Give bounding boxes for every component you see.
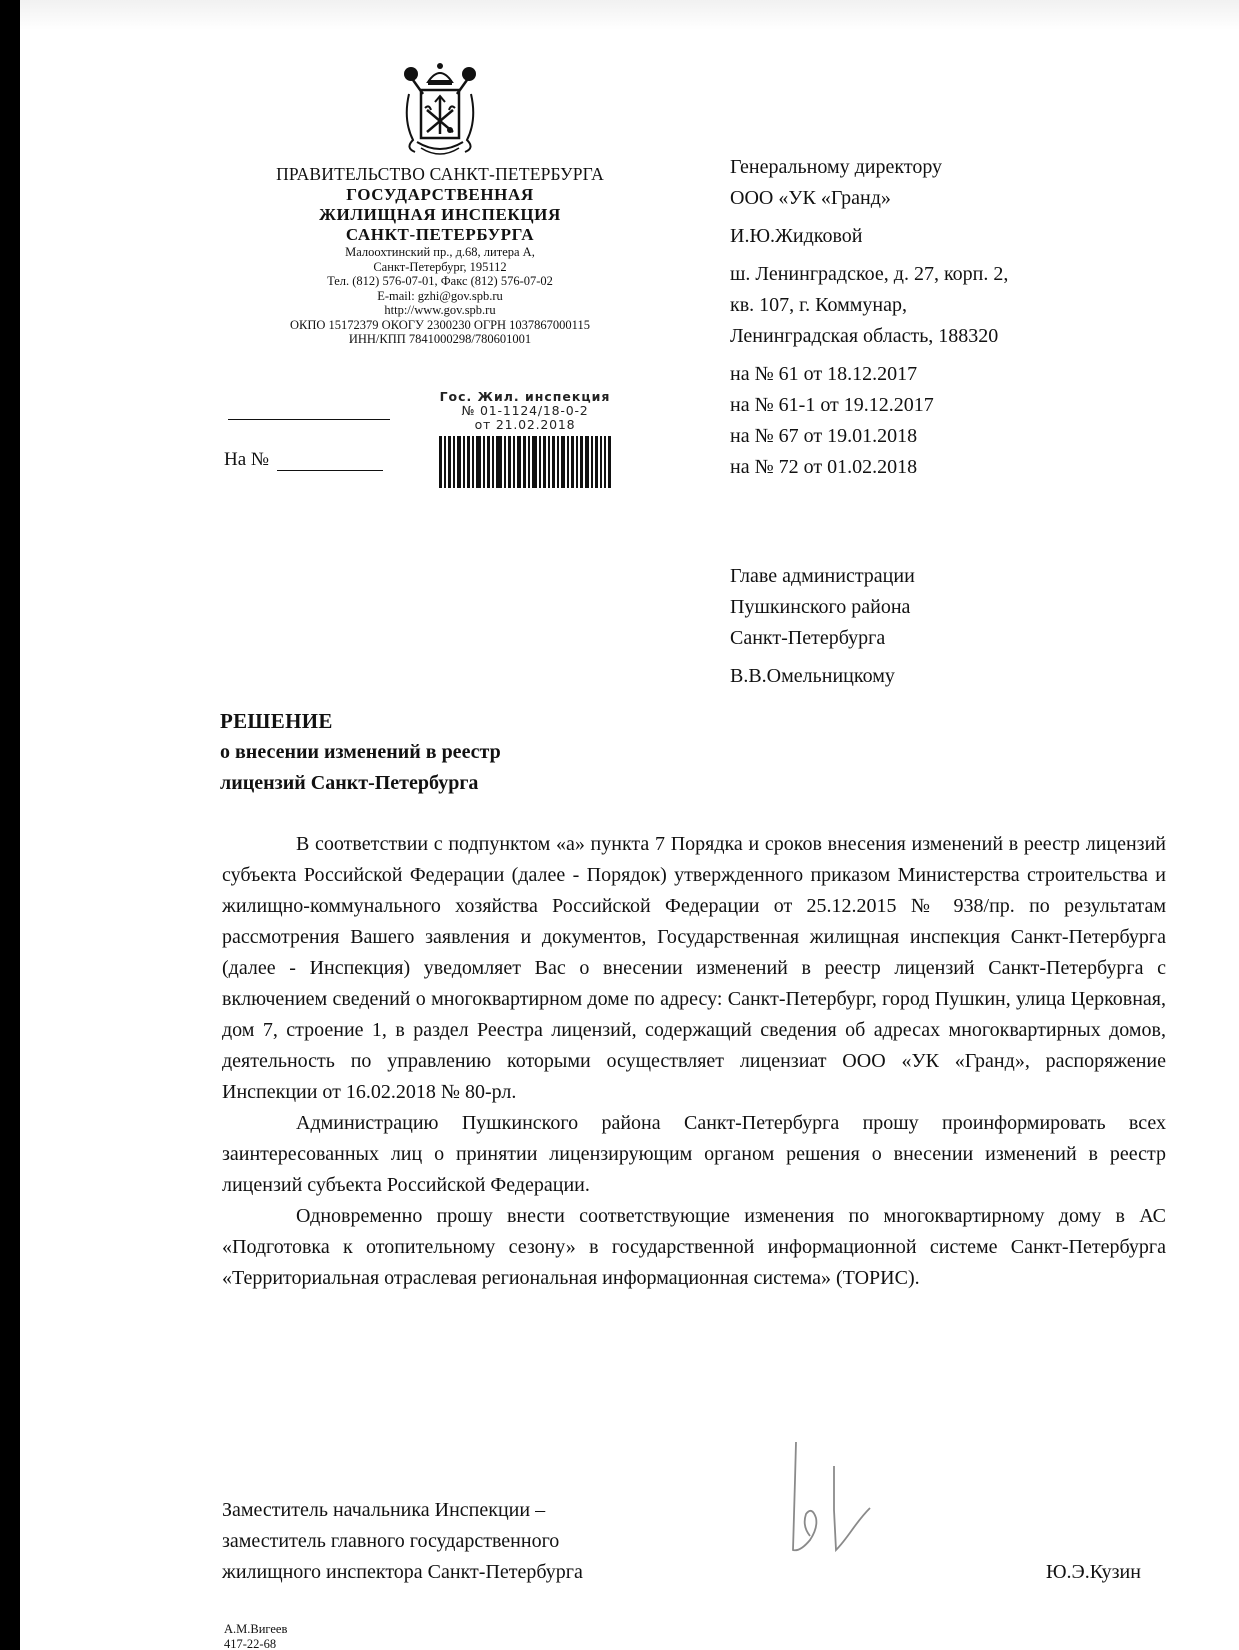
government-name: ПРАВИТЕЛЬСТВО САНКТ-ПЕТЕРБУРГА (220, 164, 660, 185)
executor-name: А.М.Вигеев (224, 1622, 287, 1637)
signer-position-line: заместитель главного государственного (222, 1526, 583, 1557)
addressee-address-line: кв. 107, г. Коммунар, (730, 290, 1008, 321)
scan-edge-border (0, 0, 20, 1650)
addressee-position: Пушкинского района (730, 592, 915, 623)
reference-number-blank (277, 452, 383, 471)
body-paragraph: Администрацию Пушкинского района Санкт-П… (222, 1108, 1166, 1201)
org-name-line-1: ГОСУДАРСТВЕННАЯ (220, 185, 660, 205)
letterhead: ПРАВИТЕЛЬСТВО САНКТ-ПЕТЕРБУРГА ГОСУДАРСТ… (220, 60, 660, 347)
addressee-company-name: ООО «УК «Гранд» (730, 183, 1008, 214)
addressee-administration: Главе администрации Пушкинского района С… (730, 561, 915, 692)
document-heading: РЕШЕНИЕ (220, 706, 501, 737)
org-registry-codes: ОКПО 15172379 ОКОГУ 2300230 ОГРН 1037867… (220, 318, 660, 333)
incoming-reference: на № 67 от 19.01.2018 (730, 421, 1008, 452)
document-title: РЕШЕНИЕ о внесении изменений в реестр ли… (220, 706, 501, 799)
org-phone-line: Тел. (812) 576-07-01, Факс (812) 576-07-… (220, 274, 660, 289)
signer-position: Заместитель начальника Инспекции – замес… (222, 1495, 583, 1588)
org-inn-kpp: ИНН/КПП 7841000298/780601001 (220, 332, 660, 347)
scan-top-shade (20, 0, 1239, 30)
org-address-line: Малоохтинский пр., д.68, литера А, (220, 245, 660, 260)
addressee-position: Генеральному директору (730, 152, 1008, 183)
stamp-org: Гос. Жил. инспекция (430, 390, 620, 404)
outgoing-number-blank (228, 419, 390, 420)
addressee-position: Главе администрации (730, 561, 915, 592)
spb-coat-of-arms-icon (395, 60, 485, 160)
reference-number-label: На № (224, 449, 269, 471)
handwritten-signature-icon (790, 1440, 890, 1570)
body-paragraph: Одновременно прошу внести соответствующи… (222, 1201, 1166, 1294)
incoming-reference: на № 61 от 18.12.2017 (730, 359, 1008, 390)
registration-stamp: Гос. Жил. инспекция № 01-1124/18-0-2 от … (430, 390, 620, 488)
document-body: В соответствии с подпунктом «а» пункта 7… (222, 829, 1166, 1294)
org-name-line-2: ЖИЛИЩНАЯ ИНСПЕКЦИЯ (220, 205, 660, 225)
executor-info: А.М.Вигеев 417-22-68 (224, 1622, 287, 1650)
signer-name: Ю.Э.Кузин (1046, 1557, 1141, 1588)
addressee-address-line: Ленинградская область, 188320 (730, 321, 1008, 352)
body-paragraph: В соответствии с подпунктом «а» пункта 7… (222, 829, 1166, 1108)
incoming-reference: на № 61-1 от 19.12.2017 (730, 390, 1008, 421)
document-subheading: о внесении изменений в реестр (220, 737, 501, 768)
addressee-address-line: ш. Ленинградское, д. 27, корп. 2, (730, 259, 1008, 290)
barcode-icon (439, 436, 611, 488)
org-email-line: E-mail: gzhi@gov.spb.ru (220, 289, 660, 304)
executor-phone: 417-22-68 (224, 1637, 287, 1650)
addressee-company: Генеральному директору ООО «УК «Гранд» И… (730, 152, 1008, 483)
org-city-line: Санкт-Петербург, 195112 (220, 260, 660, 275)
signer-position-line: Заместитель начальника Инспекции – (222, 1495, 583, 1526)
addressee-person-name: В.В.Омельницкому (730, 661, 915, 692)
signer-position-line: жилищного инспектора Санкт-Петербурга (222, 1557, 583, 1588)
addressee-position: Санкт-Петербурга (730, 623, 915, 654)
document-subheading: лицензий Санкт-Петербурга (220, 768, 501, 799)
stamp-date: от 21.02.2018 (430, 418, 620, 432)
org-name-line-3: САНКТ-ПЕТЕРБУРГА (220, 225, 660, 245)
stamp-number: № 01-1124/18-0-2 (430, 404, 620, 418)
incoming-reference: на № 72 от 01.02.2018 (730, 452, 1008, 483)
reference-number-field: На № (224, 449, 383, 471)
org-website-line: http://www.gov.spb.ru (220, 303, 660, 318)
addressee-person-name: И.Ю.Жидковой (730, 221, 1008, 252)
